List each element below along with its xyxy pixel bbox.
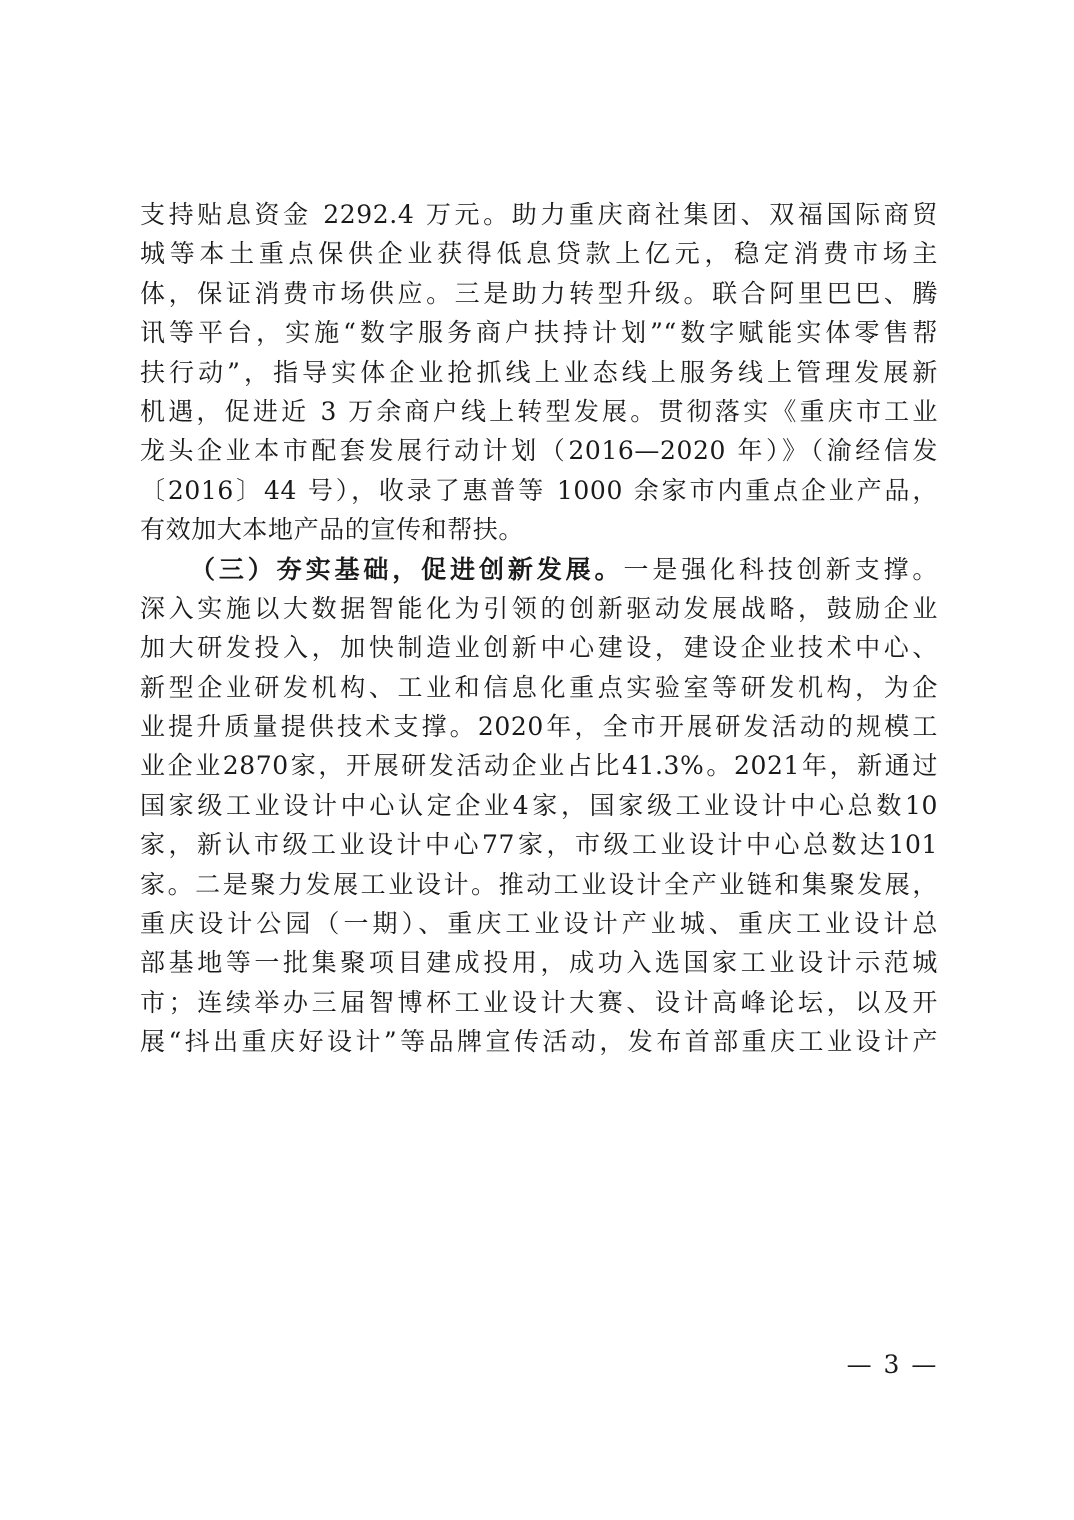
- section-heading-line: （三）夯实基础，促进创新发展。一是强化科技创新支撑。: [140, 550, 938, 589]
- text-line: 扶行动”，指导实体企业抢抓线上业态线上服务线上管理发展新: [140, 353, 938, 392]
- text-line: 家，新认市级工业设计中心77家，市级工业设计中心总数达101: [140, 825, 938, 864]
- text-line: 重庆设计公园（一期）、重庆工业设计产业城、重庆工业设计总: [140, 904, 938, 943]
- section-heading-continuation: 一是强化科技创新支撑。: [623, 555, 938, 584]
- text-line: 市；连续举办三届智博杯工业设计大赛、设计高峰论坛，以及开: [140, 983, 938, 1022]
- text-line: 业企业2870家，开展研发活动企业占比41.3%。2021年，新通过: [140, 746, 938, 785]
- body-text: 支持贴息资金 2292.4 万元。助力重庆商社集团、双福国际商贸 城等本土重点保…: [140, 195, 938, 1062]
- text-line: 〔2016〕44 号），收录了惠普等 1000 余家市内重点企业产品，: [140, 471, 938, 510]
- text-line: 龙头企业本市配套发展行动计划（2016—2020 年）》（渝经信发: [140, 431, 938, 470]
- text-line: 家。二是聚力发展工业设计。推动工业设计全产业链和集聚发展，: [140, 865, 938, 904]
- text-line: 展“抖出重庆好设计”等品牌宣传活动，发布首部重庆工业设计产: [140, 1022, 938, 1061]
- text-line: 有效加大本地产品的宣传和帮扶。: [140, 510, 938, 549]
- text-line: 深入实施以大数据智能化为引领的创新驱动发展战略，鼓励企业: [140, 589, 938, 628]
- text-line: 业提升质量提供技术支撑。2020年，全市开展研发活动的规模工: [140, 707, 938, 746]
- text-line: 支持贴息资金 2292.4 万元。助力重庆商社集团、双福国际商贸: [140, 195, 938, 234]
- text-line: 讯等平台，实施“数字服务商户扶持计划”“数字赋能实体零售帮: [140, 313, 938, 352]
- text-line: 机遇，促进近 3 万余商户线上转型发展。贯彻落实《重庆市工业: [140, 392, 938, 431]
- section-heading: （三）夯实基础，促进创新发展。: [190, 555, 623, 584]
- text-line: 新型企业研发机构、工业和信息化重点实验室等研发机构，为企: [140, 668, 938, 707]
- page-number: — 3 —: [845, 1350, 940, 1379]
- document-page: 支持贴息资金 2292.4 万元。助力重庆商社集团、双福国际商贸 城等本土重点保…: [0, 0, 1074, 1520]
- text-line: 部基地等一批集聚项目建成投用，成功入选国家工业设计示范城: [140, 943, 938, 982]
- text-line: 城等本土重点保供企业获得低息贷款上亿元，稳定消费市场主: [140, 234, 938, 273]
- text-line: 体，保证消费市场供应。三是助力转型升级。联合阿里巴巴、腾: [140, 274, 938, 313]
- text-line: 加大研发投入，加快制造业创新中心建设，建设企业技术中心、: [140, 628, 938, 667]
- text-line: 国家级工业设计中心认定企业4家，国家级工业设计中心总数10: [140, 786, 938, 825]
